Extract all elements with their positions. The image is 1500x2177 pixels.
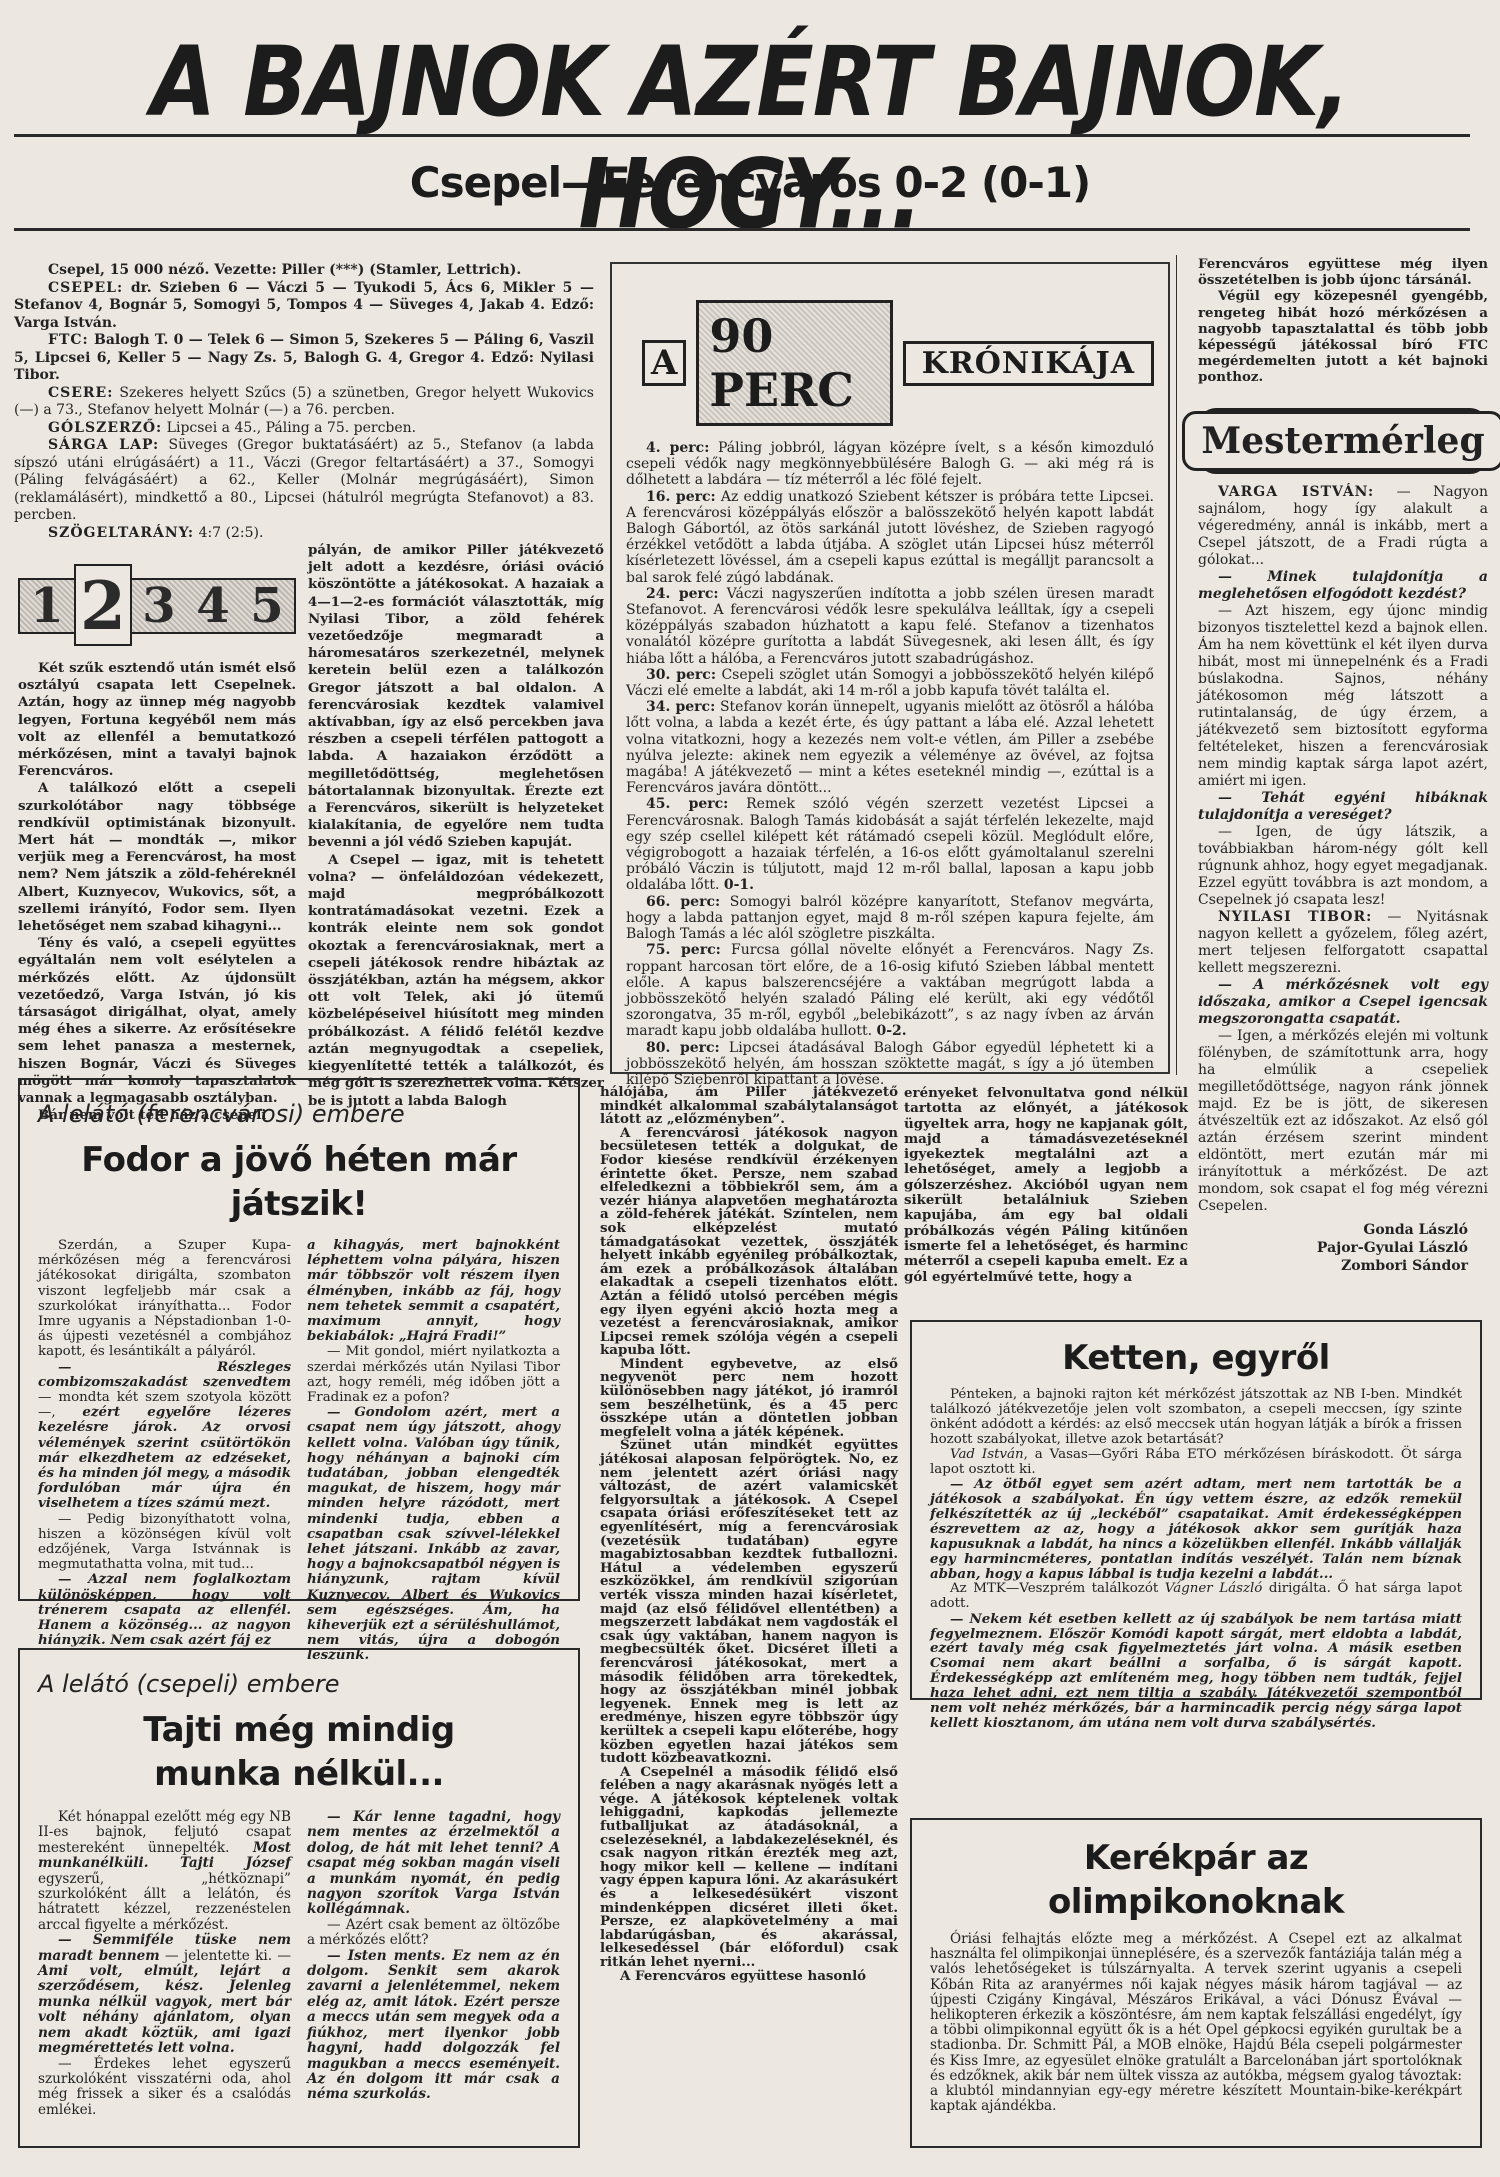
chronicle-entry: 24. perc: Váczi nagyszerűen indította a …	[626, 586, 1154, 667]
headline-rule	[14, 134, 1470, 137]
kerekpar-box: Kerékpár az olimpikonoknak Óriási felhaj…	[910, 1818, 1482, 2148]
chronicle-entry: 16. perc: Az eddig unatkozó Sziebent két…	[626, 489, 1154, 586]
mestermerleg-text: VARGA ISTVÁN: — Nagyon sajnálom, hogy íg…	[1198, 484, 1488, 1275]
fodor-kicker: A lelátó (ferencvárosi) embere	[38, 1100, 560, 1128]
chronicle-entry: 75. perc: Furcsa góllal növelte előnyét …	[626, 942, 1154, 1039]
chronicle-entry: 80. perc: Lipcsei átadásával Balogh Gábo…	[626, 1040, 1154, 1089]
match-facts: Csepel, 15 000 néző. Vezette: Piller (**…	[14, 262, 594, 542]
ketten-title: Ketten, egyről	[930, 1336, 1462, 1380]
chronicle-entries: 4. perc: Páling jobbról, lágyan középre …	[626, 440, 1154, 1088]
chronicle-title: A 90 PERC KRÓNIKÁJA	[642, 300, 1154, 426]
tajti-kicker: A lelátó (csepeli) embere	[38, 1670, 560, 1698]
lead-article-col5: Ferencváros együttese még ilyen összetét…	[1198, 256, 1488, 386]
kerekpar-title: Kerékpár az olimpikonoknak	[990, 1836, 1402, 1924]
column-divider	[1176, 255, 1177, 1075]
lead-article-col3: hálójába, ám Piller játékvezető mindkét …	[600, 1086, 898, 1983]
kerekpar-text: Óriási felhajtás előzte meg a mérkőzést.…	[930, 1932, 1462, 2114]
fodor-col2: a kihagyás, mert bajnokként léphettem vo…	[307, 1238, 560, 1664]
page-headline: A BAJNOK AZÉRT BAJNOK, HOGY...	[0, 25, 1500, 250]
ketten-egyrol-box: Ketten, egyről Pénteken, a bajnoki rajto…	[910, 1320, 1482, 1700]
corner-ratio: SZÖGELTARÁNY: 4:7 (2:5).	[14, 525, 594, 543]
rating-1: 1	[20, 578, 74, 634]
lead-article-col2: pályán, de amikor Piller játékvezető jel…	[308, 542, 604, 1110]
subhead-rule	[14, 228, 1470, 231]
substitutions: CSERE: Szekeres helyett Szűcs (5) a szün…	[14, 385, 594, 420]
scorers: GÓLSZERZŐ: Lipcsei a 45., Páling a 75. p…	[14, 420, 594, 438]
chronicle-box: A 90 PERC KRÓNIKÁJA 4. perc: Páling jobb…	[610, 262, 1170, 1074]
fodor-sidebar-box: A lelátó (ferencvárosi) embere Fodor a j…	[18, 1078, 580, 1601]
lead-article-col1: Két szűk esztendő után ismét első osztál…	[18, 660, 296, 1124]
chronicle-entry: 30. perc: Csepeli szöglet után Somogyi a…	[626, 667, 1154, 699]
yellow-cards: SÁRGA LAP: Süveges (Gregor buktatásáért)…	[14, 437, 594, 525]
tajti-col1: Két hónappal ezelőtt még egy NB II-es ba…	[38, 1810, 291, 2118]
rating-3: 3	[132, 578, 186, 634]
author-signatures: Gonda László Pajor-Gyulai László Zombori…	[1198, 1221, 1488, 1275]
match-rating: 1 2 3 4 5	[18, 578, 296, 634]
ftc-lineup: FTC: Balogh T. 0 — Telek 6 — Simon 5, Sz…	[14, 332, 594, 385]
rating-4: 4	[186, 578, 240, 634]
fodor-title: Fodor a jövő héten már játszik!	[68, 1138, 530, 1226]
fodor-col1: Szerdán, a Szuper Kupa-mérkőzésen még a …	[38, 1238, 291, 1664]
tajti-title: Tajti még mindig munka nélkül...	[78, 1708, 520, 1796]
mestermerleg-banner: Mestermérleg	[1198, 408, 1488, 474]
tajti-sidebar-box: A lelátó (csepeli) embere Tajti még mind…	[18, 1648, 580, 2148]
chronicle-entry: 4. perc: Páling jobbról, lágyan középre …	[626, 440, 1154, 489]
lead-article-col4: erényeket felvonultatva gond nélkül tart…	[904, 1086, 1188, 1285]
csepel-lineup: CSEPEL: dr. Szieben 6 — Váczi 5 — Tyukod…	[14, 280, 594, 333]
rating-5: 5	[240, 578, 294, 634]
rating-2-selected: 2	[74, 564, 132, 646]
venue-line: Csepel, 15 000 néző. Vezette: Piller (**…	[14, 262, 594, 280]
chronicle-entry: 34. perc: Stefanov korán ünnepelt, ugyan…	[626, 699, 1154, 796]
tajti-col2: — Kár lenne tagadni, hogy nem mentes az …	[307, 1810, 560, 2118]
chronicle-entry: 66. perc: Somogyi balról középre kanyarí…	[626, 894, 1154, 943]
chronicle-entry: 45. perc: Remek szóló végén szerzett vez…	[626, 796, 1154, 893]
match-result-subhead: Csepel—Ferencváros 0-2 (0-1)	[0, 158, 1500, 207]
